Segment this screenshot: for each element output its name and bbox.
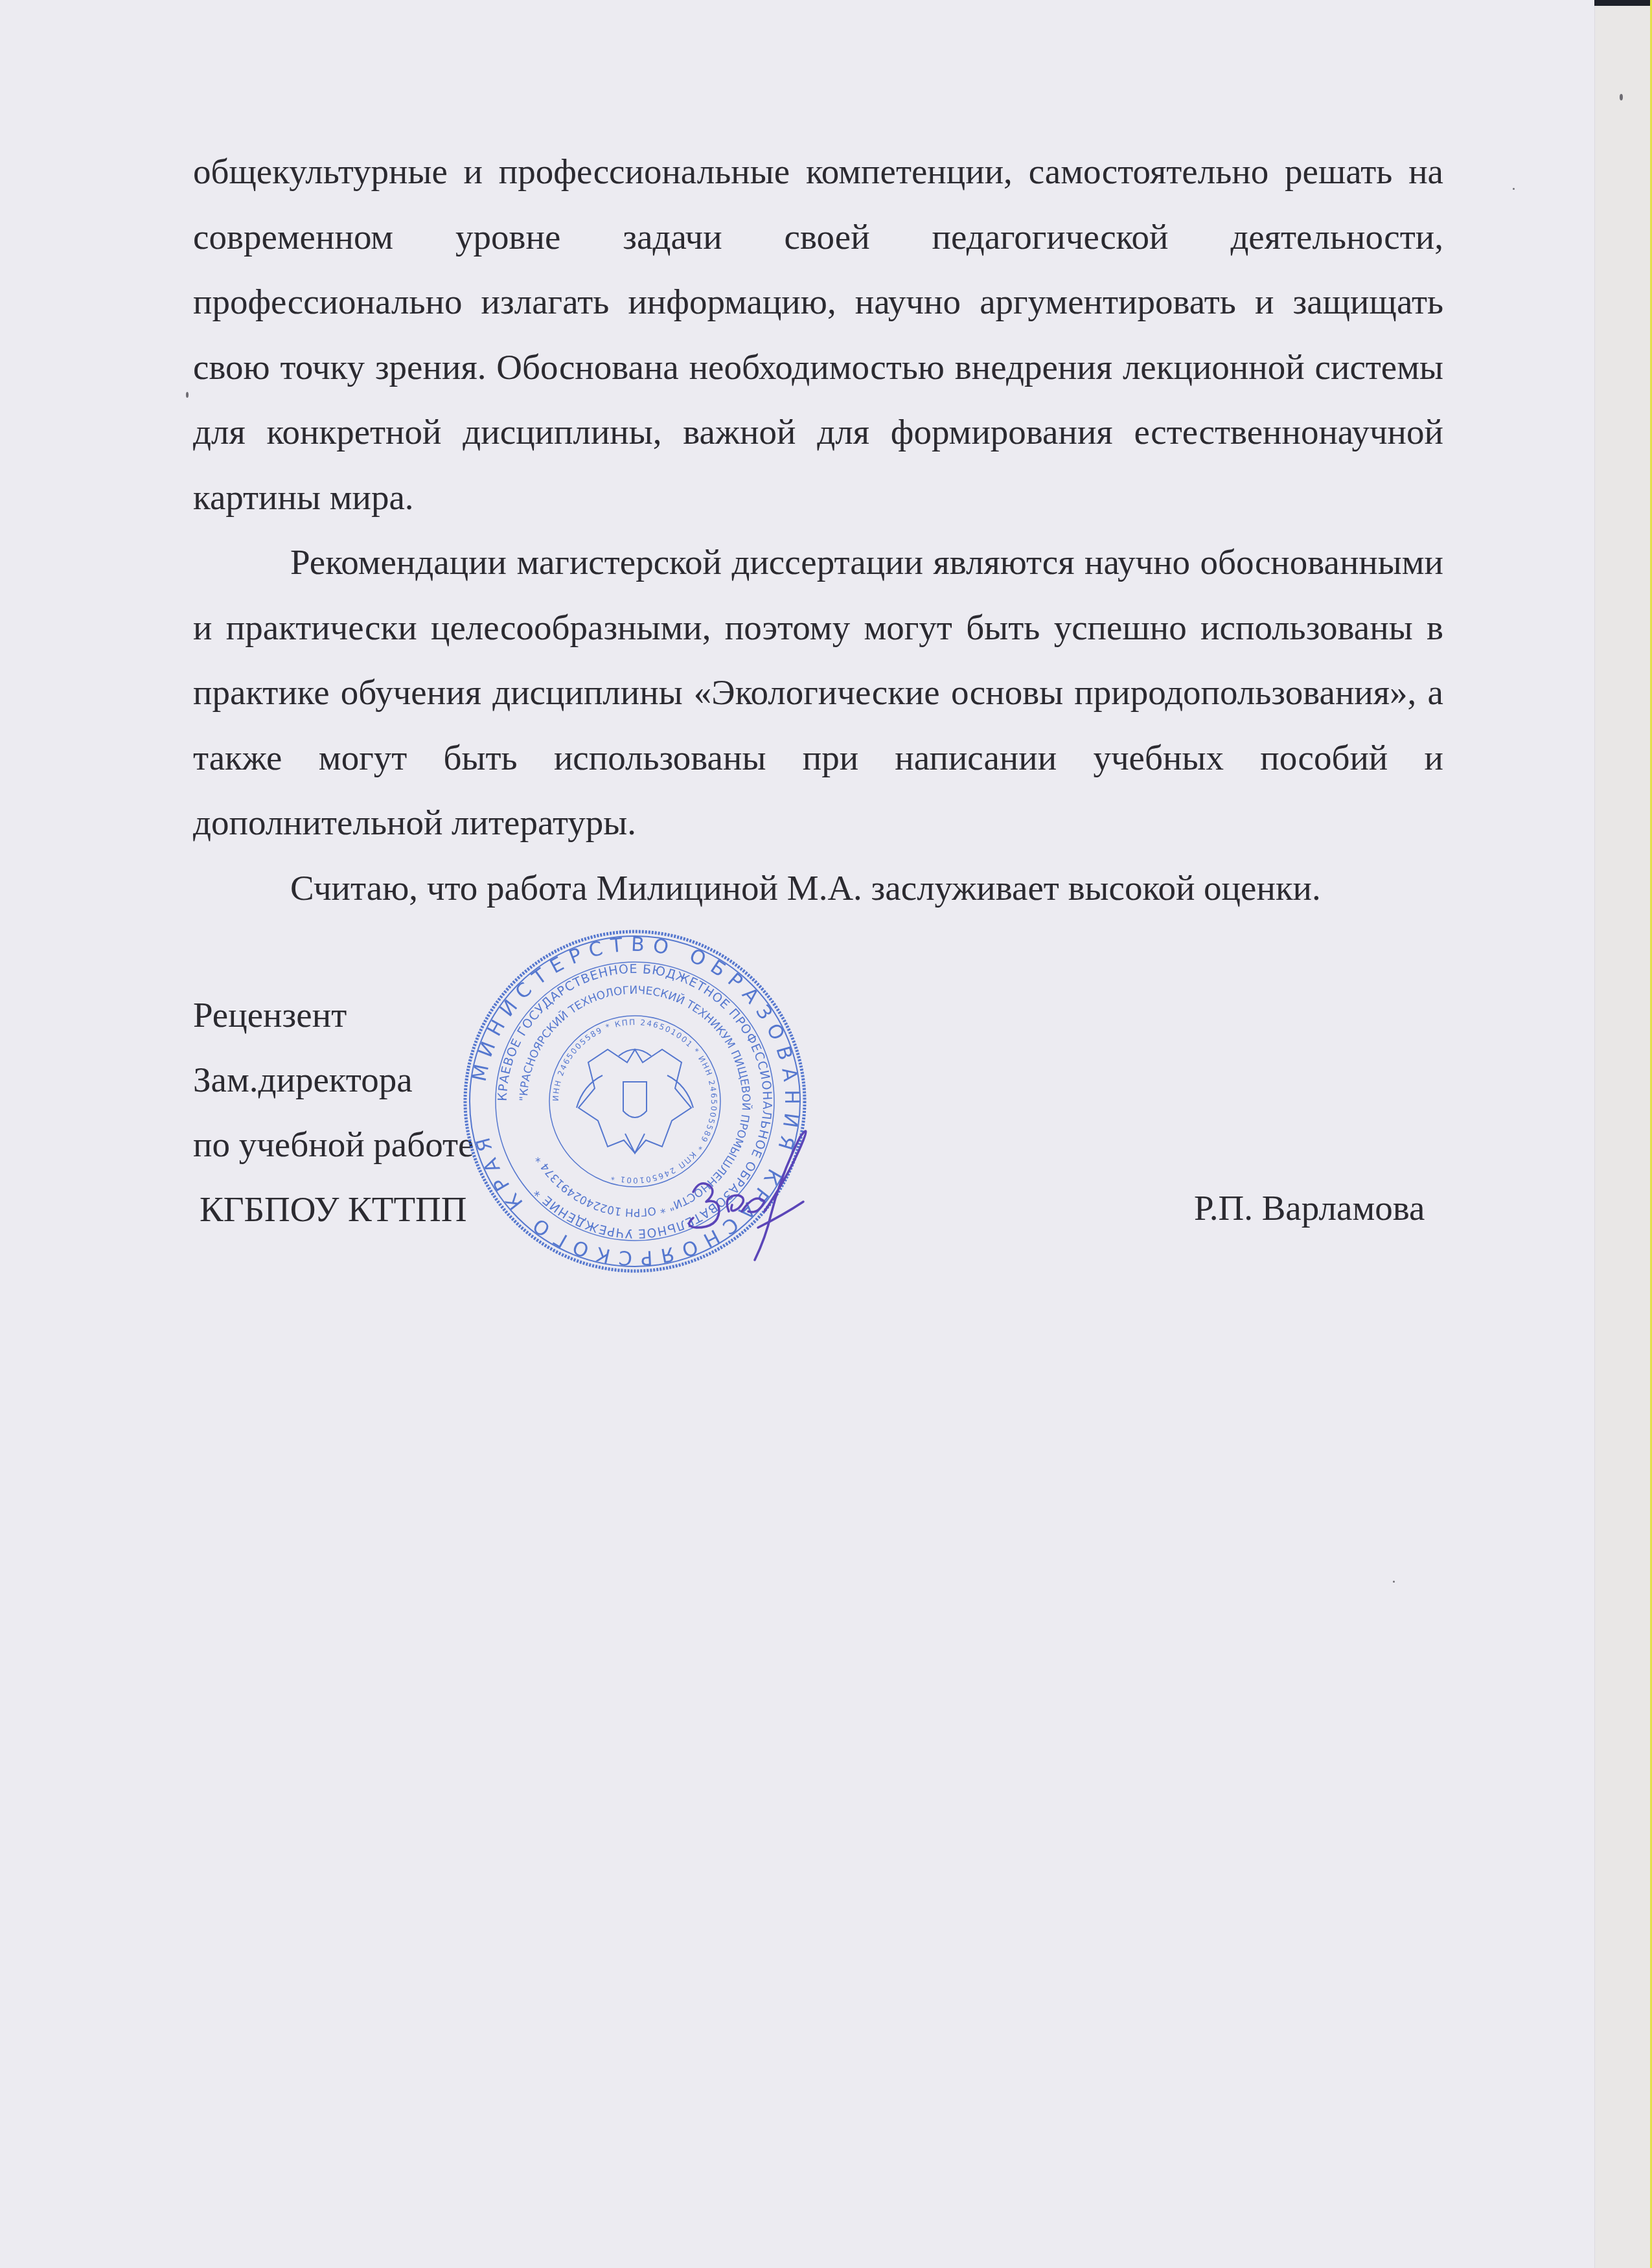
- paragraph-conclusion: Считаю, что работа Милициной М.А. заслуж…: [193, 856, 1443, 921]
- paragraph-competencies: общекультурные и профессиональные компет…: [193, 139, 1443, 530]
- reviewer-position-line-2: по учебной работе: [193, 1112, 474, 1177]
- reviewer-organization: КГБПОУ КТТПП: [193, 1177, 474, 1242]
- reviewer-block: Рецензент Зам.директора по учебной работ…: [193, 983, 474, 1242]
- reviewer-name: Р.П. Варламова: [1194, 1176, 1425, 1241]
- reviewer-position-line-1: Зам.директора: [193, 1048, 474, 1112]
- scan-artifact-dot: [1620, 94, 1623, 100]
- scanner-corner-shadow: [1594, 0, 1652, 6]
- scan-artifact-dot: [1513, 188, 1515, 190]
- scanner-edge-strip: [1594, 0, 1652, 2268]
- scan-artifact-dot: [186, 392, 189, 398]
- scan-artifact-dot: [1393, 1581, 1395, 1583]
- reviewer-role-label: Рецензент: [193, 983, 474, 1048]
- review-body: общекультурные и профессиональные компет…: [193, 139, 1443, 921]
- paragraph-recommendations: Рекомендации магистерской диссертации яв…: [193, 530, 1443, 856]
- handwritten-signature-icon: [667, 1114, 816, 1263]
